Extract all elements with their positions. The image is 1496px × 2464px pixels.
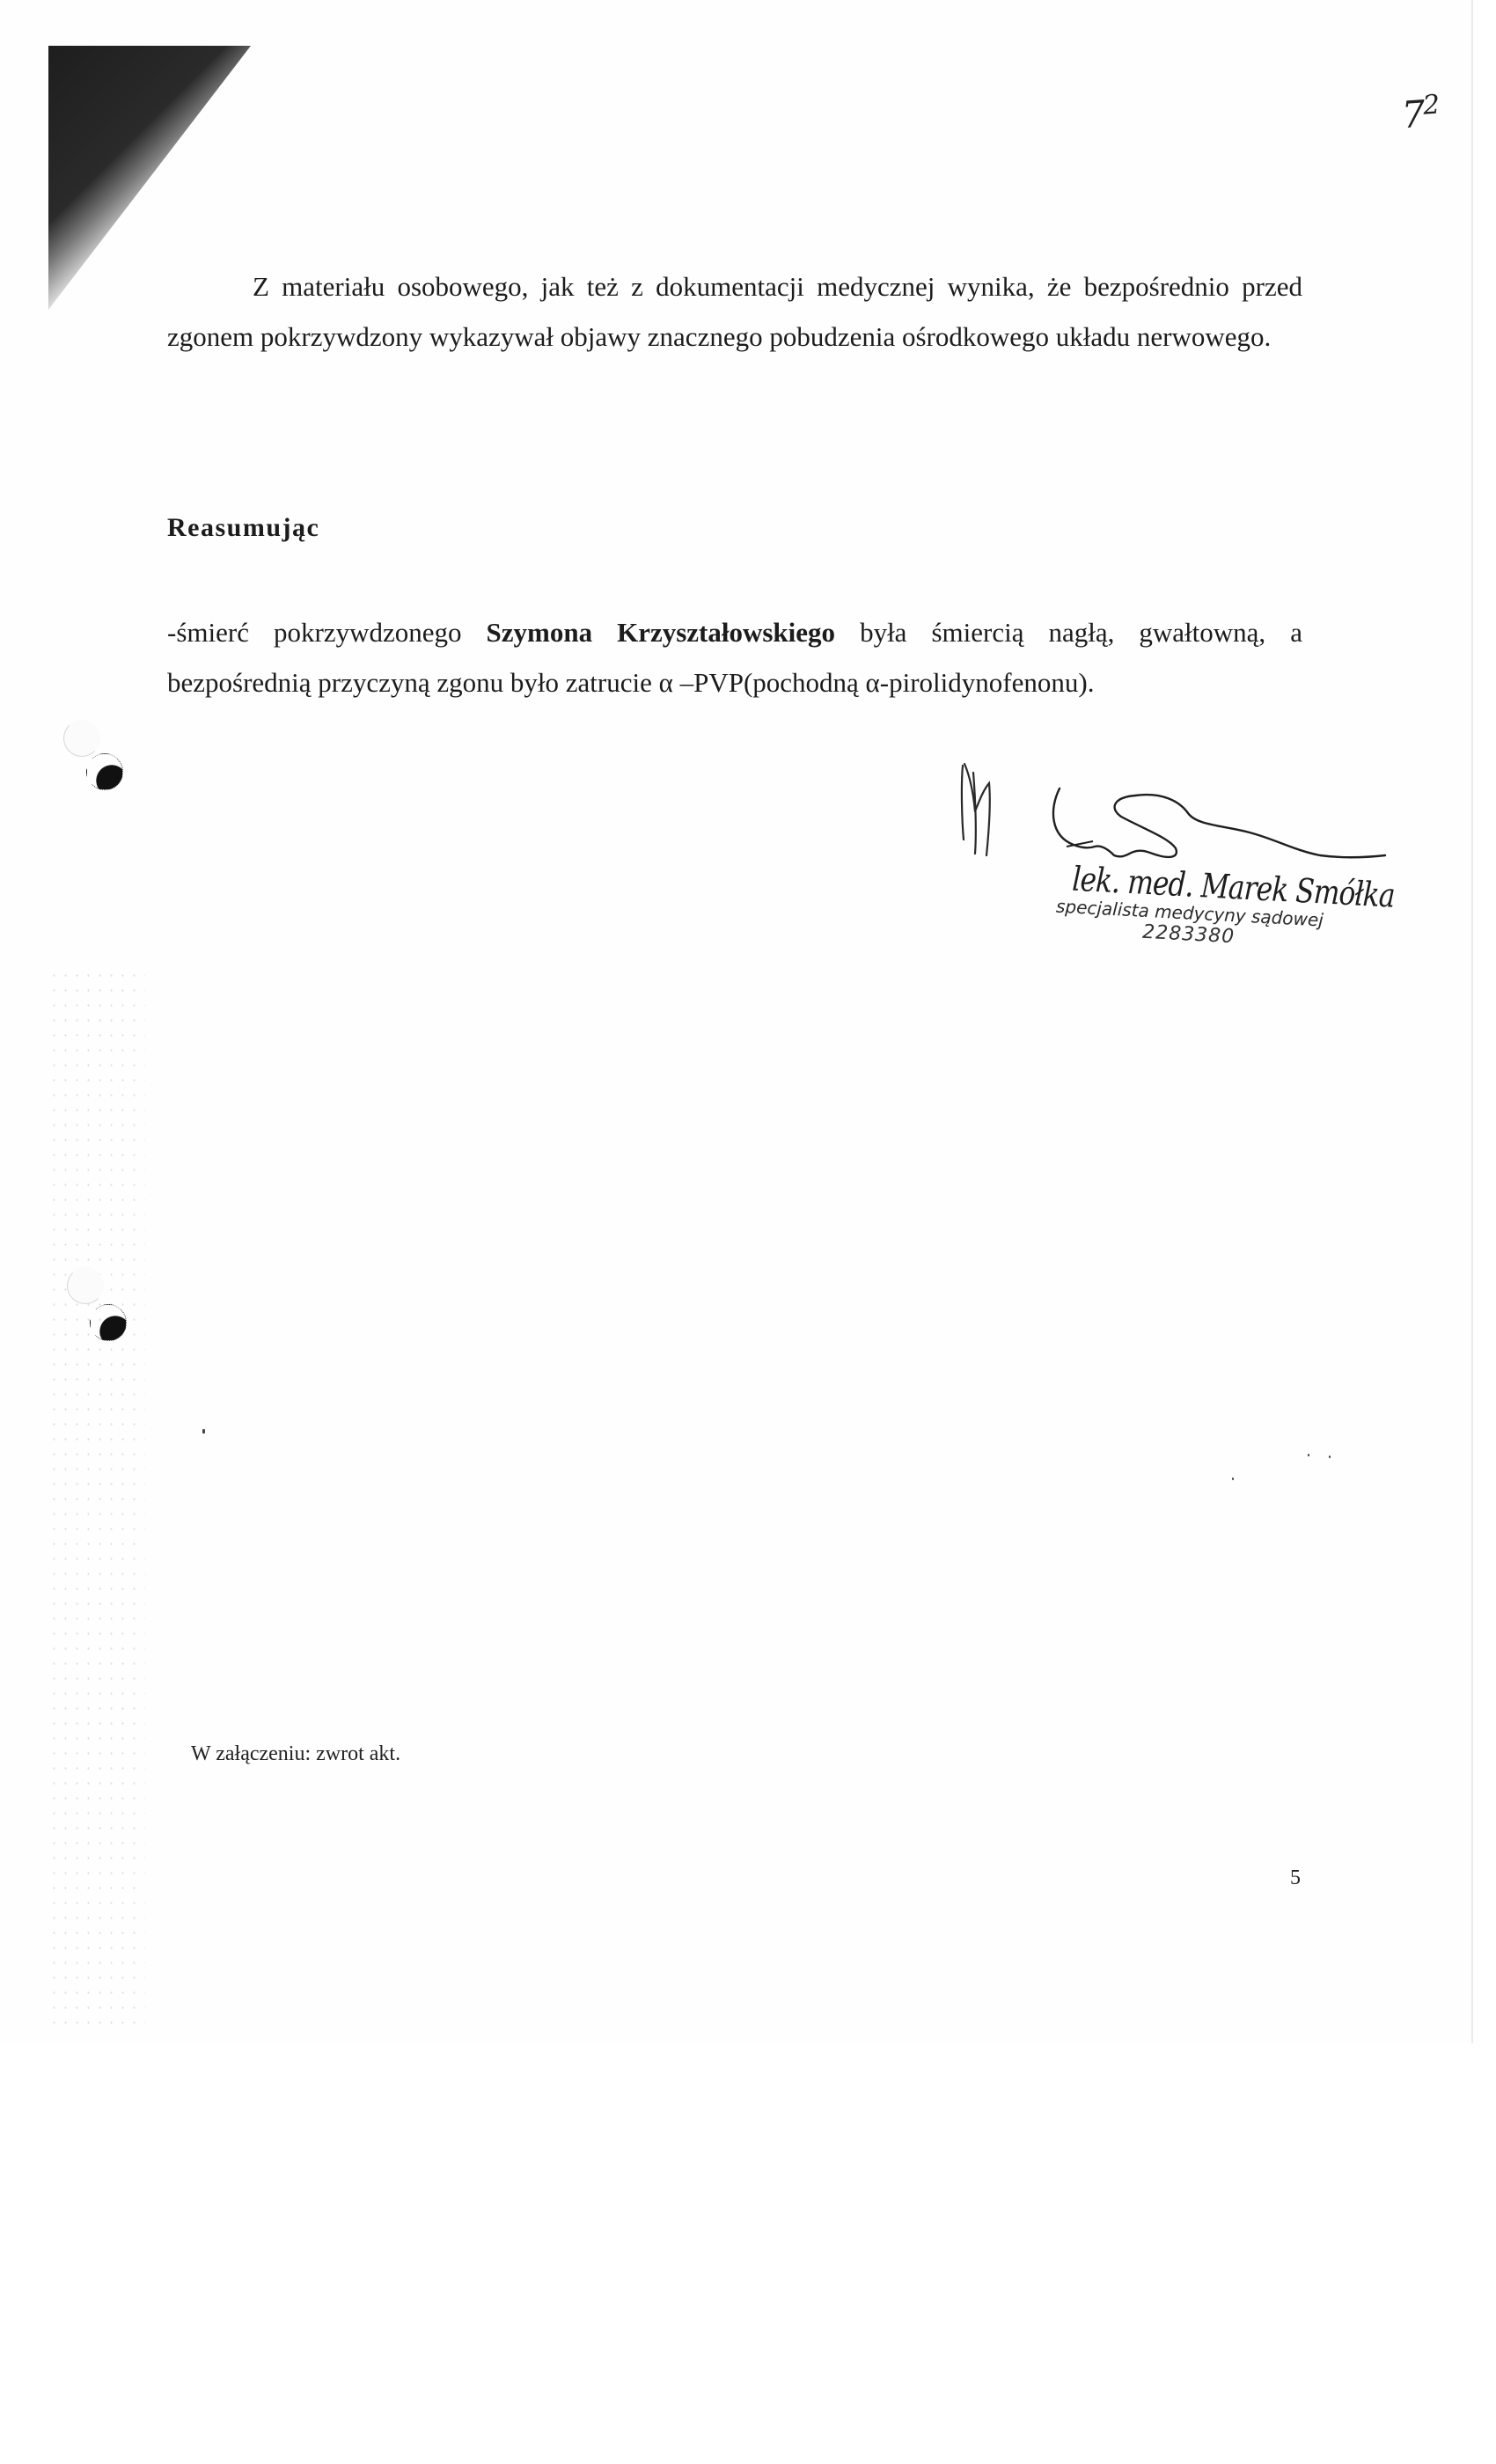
scanned-page: 72 Z materiału osobowego, jak też z doku… <box>0 0 1473 2043</box>
scan-speck <box>1232 1478 1234 1480</box>
body-paragraph: Z materiału osobowego, jak też z dokumen… <box>167 261 1302 362</box>
page-number: 5 <box>1290 1866 1301 1890</box>
hole-punch-mark-icon <box>90 1304 127 1341</box>
scan-speck <box>1308 1454 1309 1456</box>
folio-main: 7 <box>1400 92 1425 137</box>
conclusion-text-start: -śmierć pokrzywdzonego <box>167 617 487 648</box>
folio-superscript: 2 <box>1422 90 1439 121</box>
handwritten-initials-icon <box>957 759 1001 864</box>
handwritten-folio-number: 72 <box>1400 92 1440 137</box>
conclusion-paragraph: -śmierć pokrzywdzonego Szymona Krzyształ… <box>167 607 1302 708</box>
scan-speck <box>1329 1456 1331 1458</box>
hole-punch-mark-icon <box>67 1267 104 1304</box>
summary-heading: Reasumując <box>167 513 319 543</box>
hole-punch-mark-icon <box>63 720 100 757</box>
doctor-stamp: lek. med. Marek Smółka specjalista medyc… <box>1043 858 1337 953</box>
hole-punch-mark-icon <box>86 753 123 790</box>
scan-noise <box>48 968 145 2024</box>
attachment-note: W załączeniu: zwrot akt. <box>191 1742 400 1766</box>
scan-speck <box>202 1429 205 1434</box>
signature-icon <box>1047 774 1390 871</box>
victim-name: Szymona Krzyształowskiego <box>487 617 836 648</box>
